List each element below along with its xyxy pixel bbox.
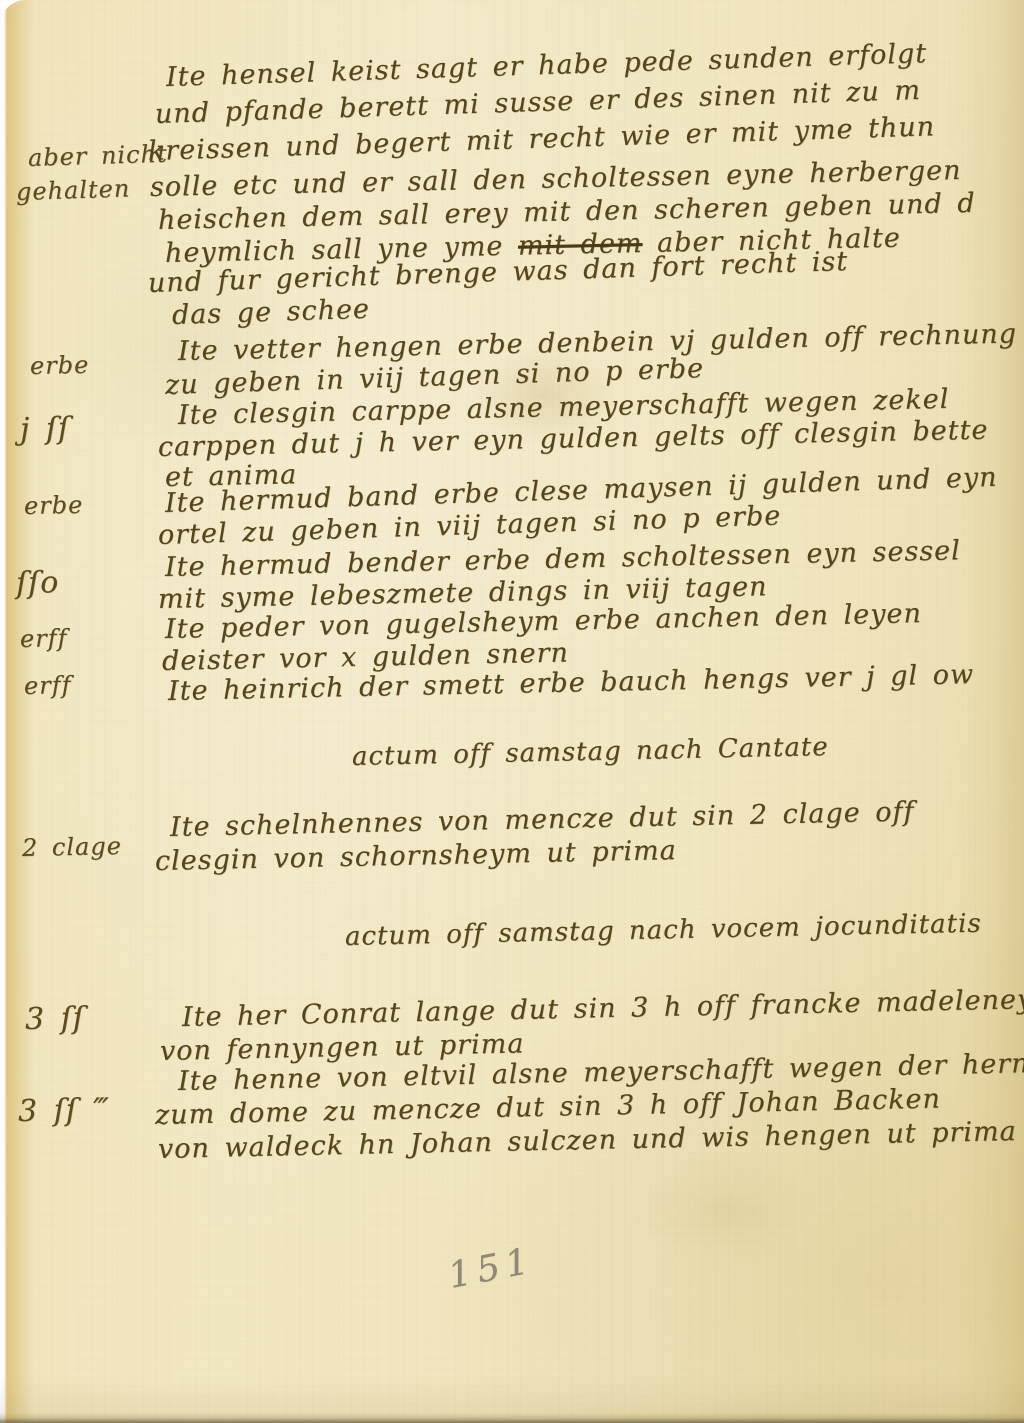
text-line: Ite schelnhennes von mencze dut sin 2 cl… [170,796,915,843]
margin-note: ſſo [16,565,60,601]
margin-note: 3 ſſ ‴ [18,1092,111,1129]
margin-note: 2 clage [22,832,122,862]
text-line: Ite her Conrat lange dut sin 3 h off fra… [182,984,1024,1033]
page-edge-left [0,0,34,1423]
page-number: 151 [445,1240,538,1297]
margin-note: erff [20,624,68,653]
margin-note: 3 ſſ [25,1001,86,1037]
section-heading-vocem: actum off samstag nach vocem jocunditati… [345,909,982,952]
margin-note: erbe [24,491,84,520]
manuscript-page: aber nicht gehalten erbe j ſſ erbe ſſo e… [0,0,1024,1423]
text-line: das ge schee [172,294,371,331]
margin-note: erbe [30,351,90,380]
margin-note: gehalten [16,174,131,206]
margin-note: erff [24,671,72,700]
section-heading-cantate: actum off samstag nach Cantate [352,732,829,772]
ink-stain [640,1150,810,1270]
page-shadow-bottom [0,1375,1024,1423]
margin-note: j ſſ [20,411,71,447]
